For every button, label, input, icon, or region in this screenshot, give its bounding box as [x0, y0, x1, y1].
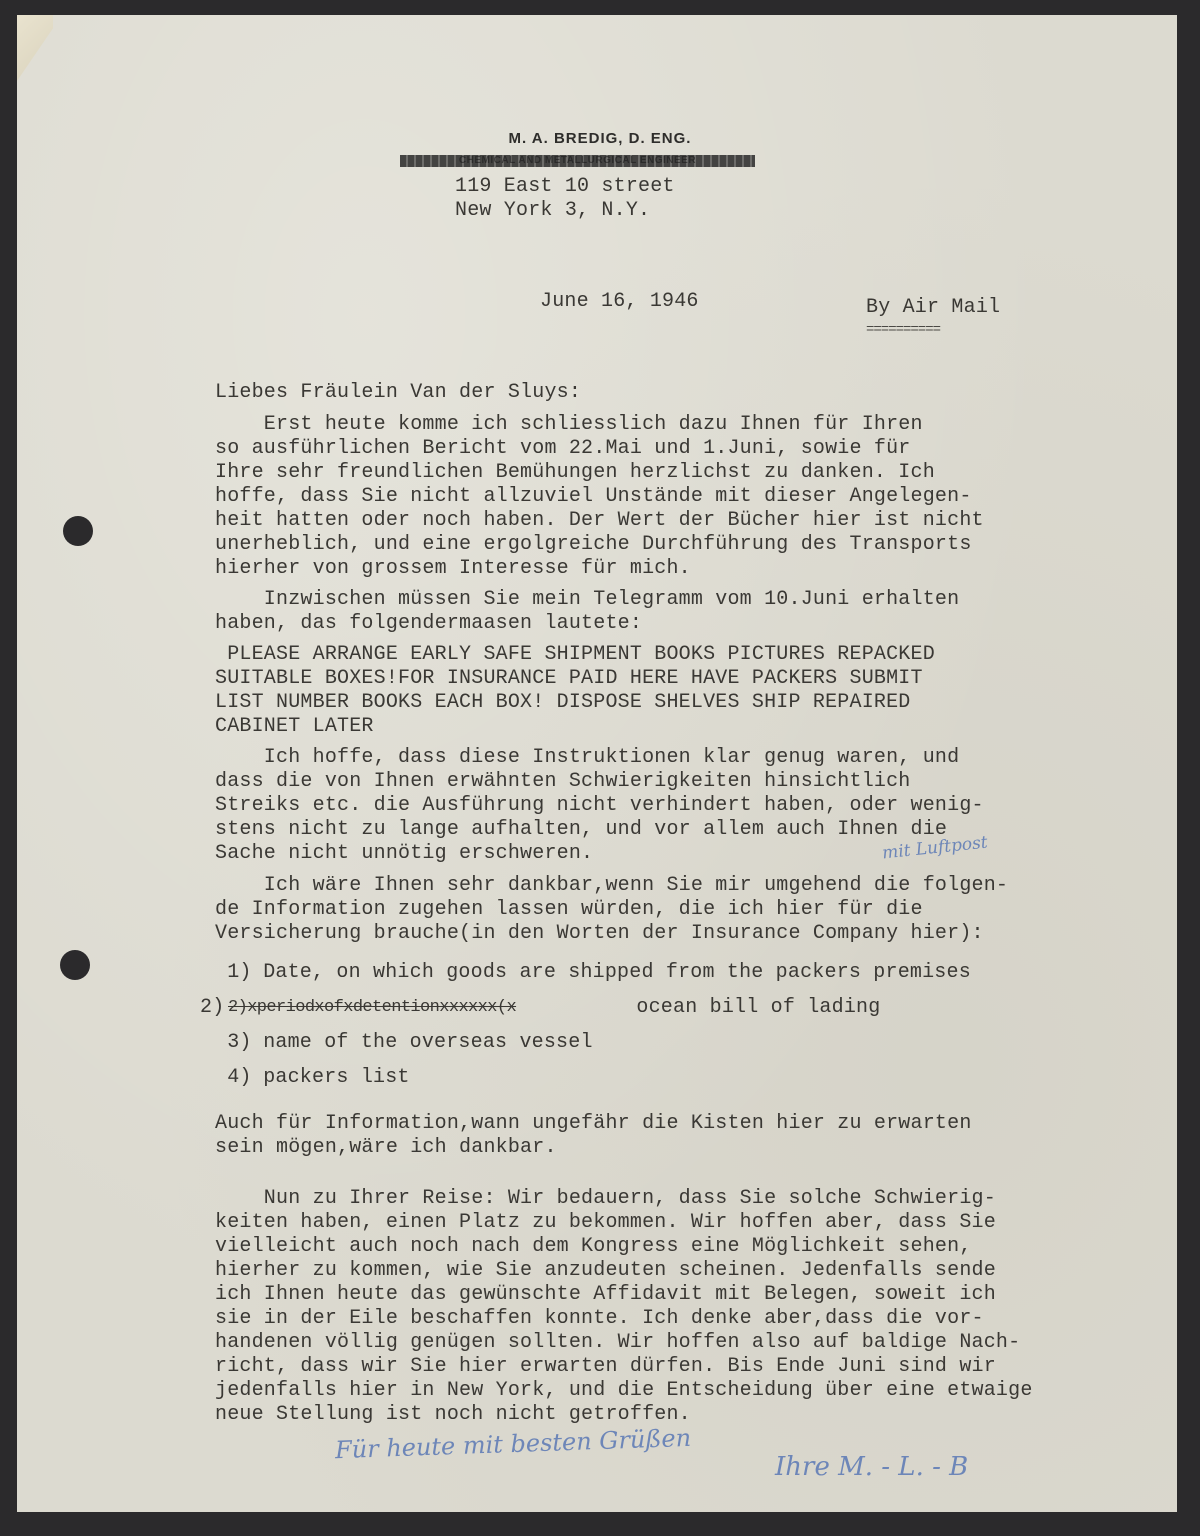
text-line: Ich wäre Ihnen sehr dankbar,wenn Sie mir…: [215, 874, 1008, 898]
list-number: 2): [200, 996, 224, 1020]
text-line: de Information zugehen lassen würden, di…: [215, 898, 923, 922]
text-line: haben, das folgendermaasen lautete:: [215, 612, 642, 636]
list-text: Date, on which goods are shipped from th…: [251, 961, 971, 985]
text-line: Sache nicht unnötig erschweren.: [215, 842, 593, 866]
address-line-2: New York 3, N.Y.: [455, 199, 650, 223]
punch-hole-top: [63, 516, 93, 546]
text-line: Ich hoffe, dass diese Instruktionen klar…: [215, 746, 959, 770]
text-line: jedenfalls hier in New York, und die Ent…: [215, 1379, 1033, 1403]
text-line: PLEASE ARRANGE EARLY SAFE SHIPMENT BOOKS…: [215, 643, 935, 667]
text-line: stens nicht zu lange aufhalten, und vor …: [215, 818, 947, 842]
list-number: 4): [215, 1066, 252, 1090]
text-line: handenen völlig genügen sollten. Wir hof…: [215, 1331, 1020, 1355]
list-number: 3): [215, 1031, 252, 1055]
text-line: so ausführlichen Bericht vom 22.Mai und …: [215, 437, 911, 461]
text-line: CABINET LATER: [215, 715, 374, 739]
text-line: neue Stellung ist noch nicht getroffen.: [215, 1403, 691, 1427]
text-line: unerheblich, und eine ergolgreiche Durch…: [215, 533, 972, 557]
salutation: Liebes Fräulein Van der Sluys:: [215, 381, 581, 405]
delivery-underline: ==========: [866, 322, 940, 338]
letterhead-name: M. A. BREDIG, D. ENG.: [0, 130, 1200, 147]
text-line: hierher von grossem Interesse für mich.: [215, 557, 691, 581]
text-line: richt, dass wir Sie hier erwarten dürfen…: [215, 1355, 996, 1379]
text-line: Streiks etc. die Ausführung nicht verhin…: [215, 794, 984, 818]
letterhead-struck-title: CHEMICAL AND METALLURGICAL ENGINEER: [400, 153, 755, 169]
punch-hole-bottom: [60, 950, 90, 980]
address-line-1: 119 East 10 street: [455, 175, 675, 199]
delivery-method: By Air Mail: [866, 296, 1000, 320]
text-line: keiten haben, einen Platz zu bekommen. W…: [215, 1211, 996, 1235]
text-line: dass die von Ihnen erwähnten Schwierigke…: [215, 770, 911, 794]
text-line: sein mögen,wäre ich dankbar.: [215, 1136, 557, 1160]
struck-text: 2)xperiodxofxdetentionxxxxxx(x: [228, 996, 516, 1020]
letter-date: June 16, 1946: [540, 290, 699, 314]
text-line: Ihre sehr freundlichen Bemühungen herzli…: [215, 461, 935, 485]
text-line: hoffe, dass Sie nicht allzuviel Unstände…: [215, 485, 972, 509]
text-line: LIST NUMBER BOOKS EACH BOX! DISPOSE SHEL…: [215, 691, 911, 715]
list-number: 1): [215, 961, 252, 985]
text-line: vielleicht auch noch nach dem Kongress e…: [215, 1235, 972, 1259]
text-line: Nun zu Ihrer Reise: Wir bedauern, dass S…: [215, 1187, 996, 1211]
list-text: ocean bill of lading: [612, 996, 880, 1020]
text-line: ich Ihnen heute das gewünschte Affidavit…: [215, 1283, 996, 1307]
text-line: hierher zu kommen, wie Sie anzudeuten sc…: [215, 1259, 996, 1283]
list-text: packers list: [251, 1066, 410, 1090]
text-line: SUITABLE BOXES!FOR INSURANCE PAID HERE H…: [215, 667, 923, 691]
text-line: sie in der Eile beschaffen konnte. Ich d…: [215, 1307, 984, 1331]
list-text: name of the overseas vessel: [251, 1031, 593, 1055]
text-line: Auch für Information,wann ungefähr die K…: [215, 1112, 972, 1136]
text-line: Versicherung brauche(in den Worten der I…: [215, 922, 984, 946]
text-line: heit hatten oder noch haben. Der Wert de…: [215, 509, 984, 533]
text-line: Erst heute komme ich schliesslich dazu I…: [215, 413, 923, 437]
text-line: Inzwischen müssen Sie mein Telegramm vom…: [215, 588, 959, 612]
handwritten-signature: Ihre M. - L. - B: [775, 1452, 968, 1482]
